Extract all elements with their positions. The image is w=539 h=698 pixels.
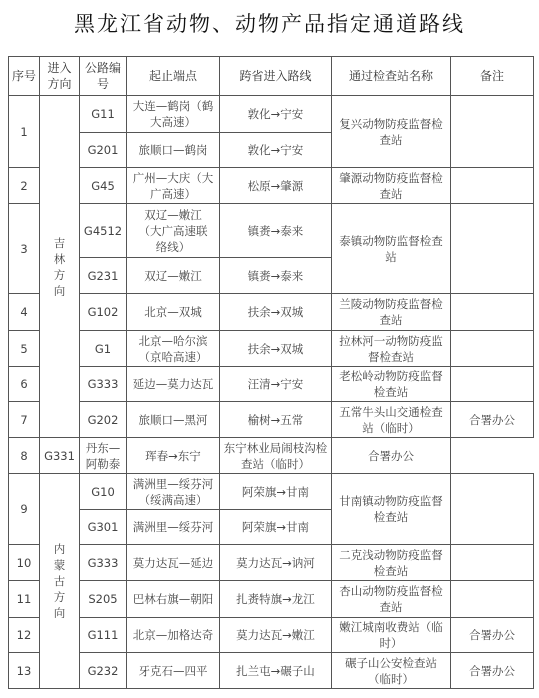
endpoints-cell: 延边—莫力达瓦	[127, 367, 220, 402]
road-code-cell: G102	[80, 294, 127, 331]
seq-cell: 7	[9, 402, 40, 438]
seq-cell: 8	[9, 438, 40, 474]
header-direction: 进入方向	[40, 57, 80, 96]
header-note: 备注	[451, 57, 534, 96]
table-row: 3 G4512 双辽—嫩江（大广高速联络线） 镇赉→泰来 泰镇动物防监督检查站	[9, 204, 534, 258]
table-row: 7 G202 旅顺口—黑河 榆树→五常 五常牛头山交通检查站（临时） 合署办公	[9, 402, 534, 438]
endpoints-cell: 双辽—嫩江	[127, 258, 220, 294]
route-cell: 阿荣旗→甘南	[220, 474, 332, 510]
direction-cell-neimenggu: 内蒙古方向	[40, 474, 80, 689]
endpoints-cell: 满洲里—绥芬河（绥满高速）	[127, 474, 220, 510]
road-code-cell: G11	[80, 96, 127, 133]
routes-table: 序号 进入方向 公路编号 起止端点 跨省进入路线 通过检查站名称 备注 1 吉林…	[8, 56, 534, 689]
endpoints-cell: 北京—双城	[127, 294, 220, 331]
station-cell: 肇源动物防疫监督检查站	[332, 168, 451, 204]
road-code-cell: G333	[80, 367, 127, 402]
table-row: 9 内蒙古方向 G10 满洲里—绥芬河（绥满高速） 阿荣旗→甘南 甘南镇动物防疫…	[9, 474, 534, 510]
seq-cell: 4	[9, 294, 40, 331]
note-cell: 合署办公	[332, 438, 451, 474]
route-cell: 珲春→东宁	[127, 438, 220, 474]
note-cell	[451, 96, 534, 168]
route-cell: 莫力达瓦→讷河	[220, 545, 332, 581]
road-code-cell: G232	[80, 653, 127, 689]
route-cell: 莫力达瓦→嫩江	[220, 618, 332, 653]
header-endpoints: 起止端点	[127, 57, 220, 96]
note-cell: 合署办公	[451, 653, 534, 689]
road-code-cell: G201	[80, 133, 127, 168]
document-title: 黑龙江省动物、动物产品指定通道路线	[0, 8, 539, 38]
seq-cell: 2	[9, 168, 40, 204]
seq-cell: 3	[9, 204, 40, 294]
note-cell	[451, 545, 534, 581]
station-cell: 甘南镇动物防疫监督检查站	[332, 474, 451, 545]
endpoints-cell: 广州—大庆（大广高速）	[127, 168, 220, 204]
endpoints-cell: 大连—鹤岗（鹤大高速）	[127, 96, 220, 133]
seq-cell: 12	[9, 618, 40, 653]
road-code-cell: G4512	[80, 204, 127, 258]
route-cell: 扶余→双城	[220, 294, 332, 331]
road-code-cell: G202	[80, 402, 127, 438]
table-row: 13 G232 牙克石—四平 扎兰屯→碾子山 碾子山公安检查站（临时） 合署办公	[9, 653, 534, 689]
endpoints-cell: 旅顺口—黑河	[127, 402, 220, 438]
endpoints-cell: 北京—加格达奇	[127, 618, 220, 653]
seq-cell: 6	[9, 367, 40, 402]
station-cell: 兰陵动物防疫监督检查站	[332, 294, 451, 331]
route-cell: 松原→肇源	[220, 168, 332, 204]
station-cell: 嫩江城南收费站（临时）	[332, 618, 451, 653]
table-row: 10 G333 莫力达瓦—延边 莫力达瓦→讷河 二克浅动物防疫监督检查站	[9, 545, 534, 581]
route-cell: 榆树→五常	[220, 402, 332, 438]
note-cell	[451, 168, 534, 204]
seq-cell: 1	[9, 96, 40, 168]
endpoints-cell: 巴林右旗—朝阳	[127, 581, 220, 618]
road-code-cell: G231	[80, 258, 127, 294]
route-cell: 镇赉→泰来	[220, 204, 332, 258]
note-cell: 合署办公	[451, 402, 534, 438]
note-cell	[451, 581, 534, 618]
table-row: 4 G102 北京—双城 扶余→双城 兰陵动物防疫监督检查站	[9, 294, 534, 331]
station-cell: 碾子山公安检查站（临时）	[332, 653, 451, 689]
endpoints-cell: 旅顺口—鹤岗	[127, 133, 220, 168]
note-cell	[451, 331, 534, 367]
header-station: 通过检查站名称	[332, 57, 451, 96]
road-code-cell: G301	[80, 510, 127, 545]
station-cell: 东宁林业局闹枝沟检查站（临时）	[220, 438, 332, 474]
route-cell: 镇赉→泰来	[220, 258, 332, 294]
road-code-cell: G45	[80, 168, 127, 204]
route-cell: 扶余→双城	[220, 331, 332, 367]
table-row: 2 G45 广州—大庆（大广高速） 松原→肇源 肇源动物防疫监督检查站	[9, 168, 534, 204]
seq-cell: 10	[9, 545, 40, 581]
table-row: 5 G1 北京—哈尔滨（京哈高速） 扶余→双城 拉林河一动物防疫监督检查站	[9, 331, 534, 367]
route-cell: 汪清→宁安	[220, 367, 332, 402]
note-cell	[451, 294, 534, 331]
header-row: 序号 进入方向 公路编号 起止端点 跨省进入路线 通过检查站名称 备注	[9, 57, 534, 96]
route-cell: 扎赉特旗→龙江	[220, 581, 332, 618]
route-cell: 阿荣旗→甘南	[220, 510, 332, 545]
endpoints-cell: 北京—哈尔滨（京哈高速）	[127, 331, 220, 367]
table-row: 8 G331 丹东—阿勒泰 珲春→东宁 东宁林业局闹枝沟检查站（临时） 合署办公	[9, 438, 534, 474]
note-cell: 合署办公	[451, 618, 534, 653]
station-cell: 泰镇动物防监督检查站	[332, 204, 451, 294]
road-code-cell: G333	[80, 545, 127, 581]
seq-cell: 9	[9, 474, 40, 545]
seq-cell: 13	[9, 653, 40, 689]
station-cell: 五常牛头山交通检查站（临时）	[332, 402, 451, 438]
header-road-code: 公路编号	[80, 57, 127, 96]
station-cell: 复兴动物防疫监督检查站	[332, 96, 451, 168]
table-row: 11 S205 巴林右旗—朝阳 扎赉特旗→龙江 杏山动物防疫监督检查站	[9, 581, 534, 618]
road-code-cell: G1	[80, 331, 127, 367]
header-route: 跨省进入路线	[220, 57, 332, 96]
route-cell: 敦化→宁安	[220, 133, 332, 168]
road-code-cell: G10	[80, 474, 127, 510]
endpoints-cell: 双辽—嫩江（大广高速联络线）	[127, 204, 220, 258]
endpoints-cell: 丹东—阿勒泰	[80, 438, 127, 474]
header-seq: 序号	[9, 57, 40, 96]
endpoints-cell: 牙克石—四平	[127, 653, 220, 689]
table-row: 6 G333 延边—莫力达瓦 汪清→宁安 老松岭动物防疫监督检查站	[9, 367, 534, 402]
station-cell: 拉林河一动物防疫监督检查站	[332, 331, 451, 367]
road-code-cell: G111	[80, 618, 127, 653]
road-code-cell: S205	[80, 581, 127, 618]
road-code-cell: G331	[40, 438, 80, 474]
station-cell: 老松岭动物防疫监督检查站	[332, 367, 451, 402]
direction-cell-jilin: 吉林方向	[40, 96, 80, 438]
station-cell: 杏山动物防疫监督检查站	[332, 581, 451, 618]
seq-cell: 5	[9, 331, 40, 367]
note-cell	[451, 367, 534, 402]
table-row: 12 G111 北京—加格达奇 莫力达瓦→嫩江 嫩江城南收费站（临时） 合署办公	[9, 618, 534, 653]
route-cell: 敦化→宁安	[220, 96, 332, 133]
note-cell	[451, 204, 534, 294]
station-cell: 二克浅动物防疫监督检查站	[332, 545, 451, 581]
route-cell: 扎兰屯→碾子山	[220, 653, 332, 689]
table-row: 1 吉林方向 G11 大连—鹤岗（鹤大高速） 敦化→宁安 复兴动物防疫监督检查站	[9, 96, 534, 133]
note-cell	[451, 474, 534, 545]
endpoints-cell: 莫力达瓦—延边	[127, 545, 220, 581]
seq-cell: 11	[9, 581, 40, 618]
endpoints-cell: 满洲里—绥芬河	[127, 510, 220, 545]
